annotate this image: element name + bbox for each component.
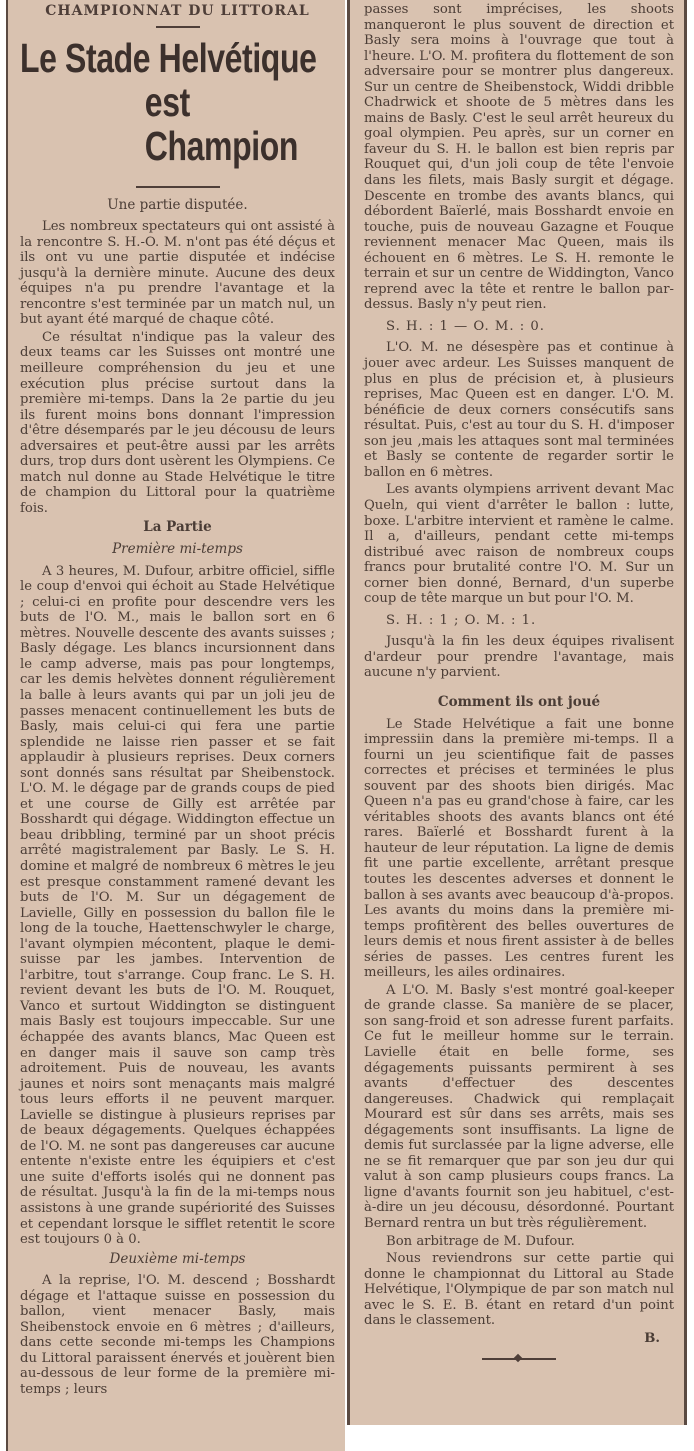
paragraph: Le Stade Helvétique a fait une bonne imp… (364, 717, 674, 981)
paragraph: A L'O. M. Basly s'est montré goal-keeper… (364, 983, 674, 1232)
paragraph-continued: passes sont imprécises, les shoots manqu… (364, 2, 674, 313)
section-heading-intro: Une partie disputée. (20, 198, 335, 214)
subsection-heading-second-half: Deuxième mi-temps (20, 1252, 335, 1268)
paragraph: Jusqu'à la fin les deux équipes rivalise… (364, 634, 674, 681)
headline-line-2: est Champion (145, 80, 348, 168)
score-line: S. H. : 1 — O. M. : 0. (364, 319, 674, 335)
author-signature: B. (364, 1331, 674, 1347)
paragraph: Ce résultat n'indique pas la valeur des … (20, 330, 335, 517)
score-line: S. H. : 1 ; O. M. : 1. (364, 613, 674, 629)
paragraph: Bon arbitrage de M. Dufour. (364, 1234, 674, 1250)
end-ornament-icon (482, 1354, 556, 1364)
section-heading-review: Comment ils ont joué (364, 695, 674, 711)
paragraph: L'O. M. ne désespère pas et continue à j… (364, 340, 674, 480)
headline: Le Stade Helvétique est Champion (20, 36, 348, 168)
subsection-heading-first-half: Première mi-temps (20, 542, 335, 558)
section-heading-match: La Partie (20, 520, 335, 536)
paragraph: Les avants olympiens arrivent devant Mac… (364, 482, 674, 606)
kicker: CHAMPIONNAT DU LITTORAL (20, 4, 335, 20)
right-column: passes sont imprécises, les shoots manqu… (347, 0, 687, 1425)
paragraph: A la reprise, l'O. M. descend ; Bosshard… (20, 1273, 335, 1397)
paragraph: Les nombreux spectateurs qui ont assisté… (20, 219, 335, 328)
divider-rule (156, 26, 200, 28)
paragraph: Nous reviendrons sur cette partie qui do… (364, 1251, 674, 1329)
left-column: CHAMPIONNAT DU LITTORAL Le Stade Helvéti… (6, 0, 345, 1451)
paragraph: A 3 heures, M. Dufour, arbitre officiel,… (20, 564, 335, 1248)
headline-line-1: Le Stade Helvétique (20, 36, 348, 80)
newspaper-clipping: CHAMPIONNAT DU LITTORAL Le Stade Helvéti… (0, 0, 694, 1451)
divider-rule (136, 186, 220, 188)
